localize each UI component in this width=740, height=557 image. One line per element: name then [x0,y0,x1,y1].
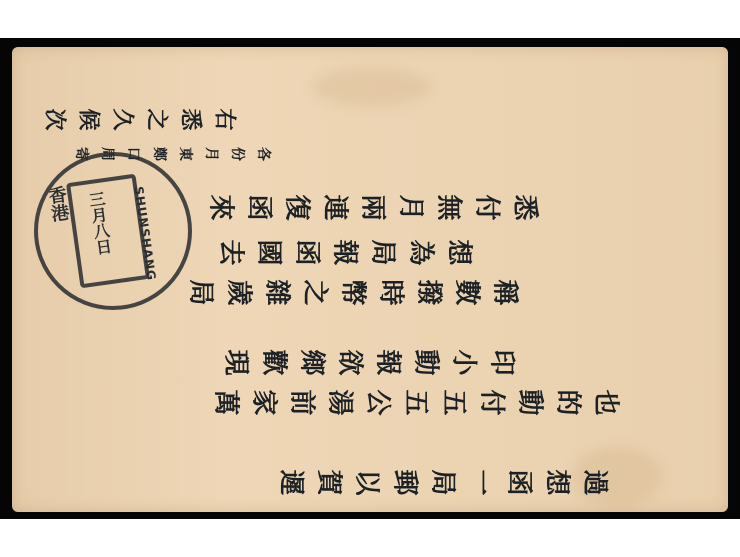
handwritten-line: 來函復連兩月無付悉 [207,192,549,229]
handwritten-line: 次候久之悉右 [42,107,246,138]
postcard: 次候久之悉右寄周口鄭東月份各來函復連兩月無付悉去國函報局為想局歲雜之幣時撥數稱現… [12,47,728,512]
paper-stain [312,67,432,107]
postmark-city: 香港 [42,184,73,223]
handwritten-line: 局歲雜之幣時撥數稱 [187,277,529,314]
handwritten-line: 去國函報局為想 [217,237,483,274]
postmark: 三月八日 SHUNSHANG 香港 [34,152,192,310]
handwritten-line: 遲賀以郵局一函想過 [277,467,619,504]
handwritten-line: 現歡鄉欲報動小印 [222,347,526,384]
handwritten-line: 萬家前湯公五五付動的也 [212,387,630,424]
